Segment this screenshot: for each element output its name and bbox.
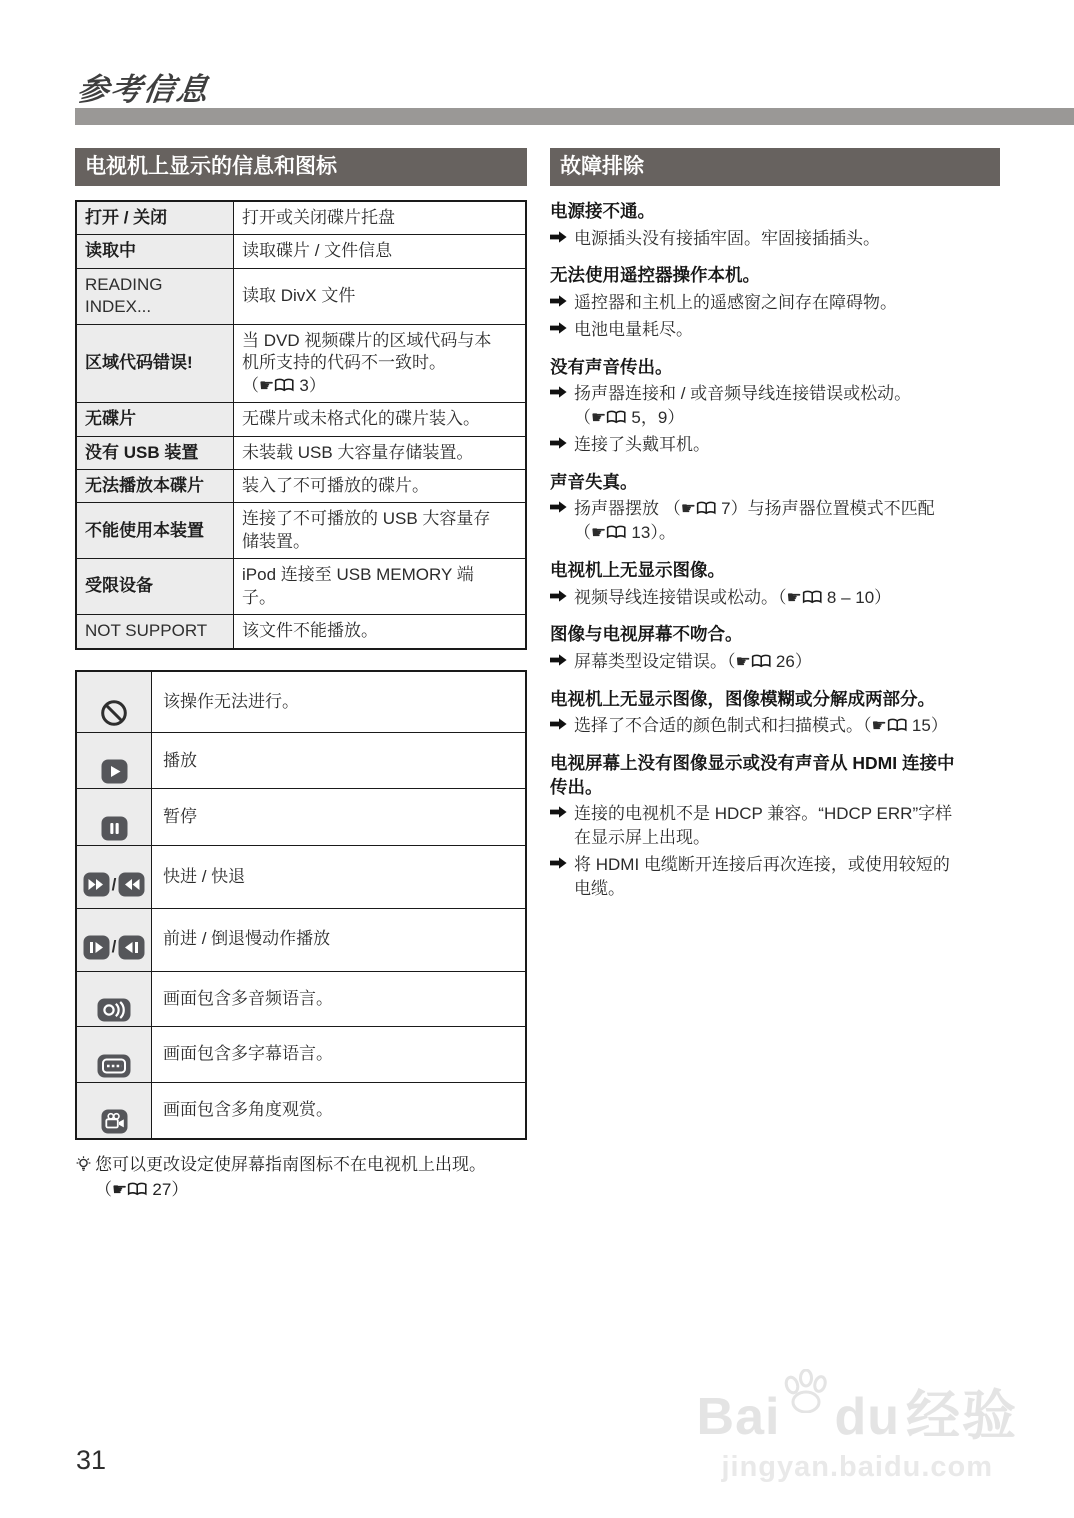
remedy-item: 连接的电视机不是 HDCP 兼容。“HDCP ERR”字样 在显示屏上出现。 <box>550 802 1000 850</box>
table-row: / 快进 / 快退 <box>76 845 526 908</box>
icons-table: 该操作无法进行。 播放 <box>75 670 527 1140</box>
subtitle-icon <box>97 1054 131 1078</box>
icon-cell <box>76 789 152 845</box>
table-row: 该操作无法进行。 <box>76 671 526 733</box>
remedy-text: 扬声器摆放 （☛ 7）与扬声器位置模式不匹配 （☛ 13）。 <box>574 497 935 545</box>
problem-title: 没有声音传出。 <box>550 356 1000 380</box>
remedy-item: 选择了不合适的颜色制式和扫描模式。（☛ 15） <box>550 714 1000 738</box>
pause-icon <box>101 816 128 841</box>
title-divider <box>75 108 1074 125</box>
watermark-brand-text: Bai <box>697 1391 781 1443</box>
arrow-right-icon <box>550 654 567 666</box>
page-number: 31 <box>76 1445 106 1476</box>
icon-desc: 暂停 <box>152 789 527 845</box>
icon-cell: / <box>76 845 152 908</box>
tip-bulb-icon <box>75 1155 92 1174</box>
icon-cell <box>76 1082 152 1139</box>
remedy-item: 电池电量耗尽。 <box>550 318 1000 342</box>
arrow-right-icon <box>550 322 567 334</box>
message-label: READING INDEX... <box>76 268 234 324</box>
arrow-right-icon <box>550 386 567 398</box>
arrow-right-icon <box>550 806 567 818</box>
remedy-item: 遥控器和主机上的遥感窗之间存在障碍物。 <box>550 291 1000 315</box>
message-desc: 无碟片或未格式化的碟片装入。 <box>234 403 527 436</box>
message-label: 无法播放本碟片 <box>76 469 234 502</box>
remedy-item: 屏幕类型设定错误。（☛ 26） <box>550 650 1000 674</box>
tip-note: 您可以更改设定使屏幕指南图标不在电视机上出现。 （☛ 27） <box>75 1153 527 1202</box>
icon-desc: 该操作无法进行。 <box>152 671 527 733</box>
problem-block: 电视机上无显示图像。 视频导线连接错误或松动。（☛ 8 – 10） <box>550 559 1000 609</box>
messages-table: 打开 / 关闭 打开或关闭碟片托盘 读取中 读取碟片 / 文件信息 READIN… <box>75 200 527 650</box>
table-row: 没有 USB 装置 未装载 USB 大容量存储装置。 <box>76 436 526 469</box>
icon-cell <box>76 733 152 789</box>
watermark-url: jingyan.baidu.com <box>697 1453 1018 1482</box>
table-row: 区域代码错误! 当 DVD 视频碟片的区域代码与本 机所支持的代码不一致时。 （… <box>76 324 526 402</box>
right-column: 故障排除 电源接不通。 电源插头没有接插牢固。牢固接插插头。 无法使用遥控器操作… <box>550 148 1000 901</box>
tip-text: 您可以更改设定使屏幕指南图标不在电视机上出现。 （☛ 27） <box>95 1153 486 1202</box>
message-desc: 未装载 USB 大容量存储装置。 <box>234 436 527 469</box>
arrow-right-icon <box>550 295 567 307</box>
table-row: 无碟片 无碟片或未格式化的碟片装入。 <box>76 403 526 436</box>
arrow-right-icon <box>550 501 567 513</box>
icon-desc: 画面包含多字幕语言。 <box>152 1027 527 1082</box>
message-desc: 读取碟片 / 文件信息 <box>234 235 527 268</box>
play-icon <box>101 759 128 784</box>
icon-separator: / <box>112 936 117 958</box>
left-column: 电视机上显示的信息和图标 打开 / 关闭 打开或关闭碟片托盘 读取中 读取碟片 … <box>75 148 527 1202</box>
message-label: 区域代码错误! <box>76 324 234 402</box>
message-label: 受限设备 <box>76 559 234 615</box>
icon-desc: 前进 / 倒退慢动作播放 <box>152 908 527 971</box>
message-desc: 连接了不可播放的 USB 大容量存 储装置。 <box>234 503 527 559</box>
remedy-item: 扬声器摆放 （☛ 7）与扬声器位置模式不匹配 （☛ 13）。 <box>550 497 1000 545</box>
remedy-text: 遥控器和主机上的遥感窗之间存在障碍物。 <box>574 291 897 315</box>
table-row: 读取中 读取碟片 / 文件信息 <box>76 235 526 268</box>
remedy-item: 将 HDMI 电缆断开连接后再次连接，或使用较短的 电缆。 <box>550 853 1000 901</box>
table-row: NOT SUPPORT 该文件不能播放。 <box>76 615 526 649</box>
remedy-text: 视频导线连接错误或松动。（☛ 8 – 10） <box>574 586 891 610</box>
table-row: READING INDEX... 读取 DivX 文件 <box>76 268 526 324</box>
table-row: 打开 / 关闭 打开或关闭碟片托盘 <box>76 201 526 235</box>
problem-block: 声音失真。 扬声器摆放 （☛ 7）与扬声器位置模式不匹配 （☛ 13）。 <box>550 471 1000 545</box>
remedy-item: 视频导线连接错误或松动。（☛ 8 – 10） <box>550 586 1000 610</box>
baidu-watermark: Bai du 经验 jingyan.baidu.com <box>697 1369 1018 1482</box>
problem-title: 电视机上无显示图像，图像模糊或分解成两部分。 <box>550 688 1000 712</box>
problem-title: 电视机上无显示图像。 <box>550 559 1000 583</box>
paw-icon <box>780 1369 832 1413</box>
remedy-text: 将 HDMI 电缆断开连接后再次连接，或使用较短的 电缆。 <box>574 853 950 901</box>
remedy-text: 连接的电视机不是 HDCP 兼容。“HDCP ERR”字样 在显示屏上出现。 <box>574 802 952 850</box>
manual-page: 参考信息 电视机上显示的信息和图标 打开 / 关闭 打开或关闭碟片托盘 读取中 … <box>0 0 1074 1518</box>
message-desc: 打开或关闭碟片托盘 <box>234 201 527 235</box>
remedy-text: 选择了不合适的颜色制式和扫描模式。（☛ 15） <box>574 714 948 738</box>
problem-block: 电视机上无显示图像，图像模糊或分解成两部分。 选择了不合适的颜色制式和扫描模式。… <box>550 688 1000 738</box>
problem-block: 电源接不通。 电源插头没有接插牢固。牢固接插插头。 <box>550 200 1000 250</box>
watermark-suffix: 经验 <box>906 1389 1018 1443</box>
table-row: 画面包含多字幕语言。 <box>76 1027 526 1082</box>
problem-block: 没有声音传出。 扬声器连接和 / 或音频导线连接错误或松动。 （☛ 5，9） 连… <box>550 356 1000 457</box>
prohibited-icon <box>99 698 129 728</box>
remedy-text: 电池电量耗尽。 <box>574 318 693 342</box>
icon-desc: 播放 <box>152 733 527 789</box>
icon-separator: / <box>112 874 117 896</box>
icon-desc: 快进 / 快退 <box>152 845 527 908</box>
message-label: 没有 USB 装置 <box>76 436 234 469</box>
page-title: 参考信息 <box>78 64 210 109</box>
fast-forward-icon <box>83 872 110 897</box>
icon-desc: 画面包含多音频语言。 <box>152 971 527 1026</box>
slow-forward-icon <box>83 935 110 960</box>
icon-desc: 画面包含多角度观赏。 <box>152 1082 527 1139</box>
problem-title: 声音失真。 <box>550 471 1000 495</box>
message-label: 无碟片 <box>76 403 234 436</box>
arrow-right-icon <box>550 718 567 730</box>
message-desc: iPod 连接至 USB MEMORY 端 子。 <box>234 559 527 615</box>
message-desc: 该文件不能播放。 <box>234 615 527 649</box>
section-header-messages: 电视机上显示的信息和图标 <box>75 148 527 186</box>
message-label: 打开 / 关闭 <box>76 201 234 235</box>
remedy-item: 电源插头没有接插牢固。牢固接插插头。 <box>550 227 1000 251</box>
slow-reverse-icon <box>118 935 145 960</box>
arrow-right-icon <box>550 231 567 243</box>
icon-cell <box>76 971 152 1026</box>
table-row: 受限设备 iPod 连接至 USB MEMORY 端 子。 <box>76 559 526 615</box>
message-label: 读取中 <box>76 235 234 268</box>
remedy-item: 扬声器连接和 / 或音频导线连接错误或松动。 （☛ 5，9） <box>550 382 1000 430</box>
remedy-item: 连接了头戴耳机。 <box>550 433 1000 457</box>
problem-title: 图像与电视屏幕不吻合。 <box>550 623 1000 647</box>
icon-cell <box>76 1027 152 1082</box>
arrow-right-icon <box>550 437 567 449</box>
arrow-right-icon <box>550 590 567 602</box>
rewind-icon <box>118 872 145 897</box>
remedy-text: 连接了头戴耳机。 <box>574 433 710 457</box>
problem-block: 图像与电视屏幕不吻合。 屏幕类型设定错误。（☛ 26） <box>550 623 1000 673</box>
table-row: 不能使用本装置 连接了不可播放的 USB 大容量存 储装置。 <box>76 503 526 559</box>
audio-icon <box>97 998 131 1022</box>
icon-cell <box>76 671 152 733</box>
problem-block: 电视屏幕上没有图像显示或没有声音从 HDMI 连接中 传出。 连接的电视机不是 … <box>550 752 1000 900</box>
section-header-troubleshooting: 故障排除 <box>550 148 1000 186</box>
watermark-brand-text2: du <box>834 1391 900 1443</box>
message-desc: 读取 DivX 文件 <box>234 268 527 324</box>
message-desc: 当 DVD 视频碟片的区域代码与本 机所支持的代码不一致时。 （☛ 3） <box>234 324 527 402</box>
message-label: 不能使用本装置 <box>76 503 234 559</box>
table-row: / 前进 / 倒退慢动作播放 <box>76 908 526 971</box>
message-desc: 装入了不可播放的碟片。 <box>234 469 527 502</box>
table-row: 画面包含多音频语言。 <box>76 971 526 1026</box>
message-label: NOT SUPPORT <box>76 615 234 649</box>
problem-title: 无法使用遥控器操作本机。 <box>550 264 1000 288</box>
icon-cell: / <box>76 908 152 971</box>
table-row: 播放 <box>76 733 526 789</box>
remedy-text: 电源插头没有接插牢固。牢固接插插头。 <box>574 227 880 251</box>
problem-title: 电源接不通。 <box>550 200 1000 224</box>
arrow-right-icon <box>550 857 567 869</box>
table-row: 画面包含多角度观赏。 <box>76 1082 526 1139</box>
table-row: 暂停 <box>76 789 526 845</box>
problem-block: 无法使用遥控器操作本机。 遥控器和主机上的遥感窗之间存在障碍物。 电池电量耗尽。 <box>550 264 1000 341</box>
problem-title: 电视屏幕上没有图像显示或没有声音从 HDMI 连接中 传出。 <box>550 752 1000 799</box>
remedy-text: 扬声器连接和 / 或音频导线连接错误或松动。 （☛ 5，9） <box>574 382 911 430</box>
remedy-text: 屏幕类型设定错误。（☛ 26） <box>574 650 812 674</box>
angle-icon <box>101 1109 128 1134</box>
table-row: 无法播放本碟片 装入了不可播放的碟片。 <box>76 469 526 502</box>
